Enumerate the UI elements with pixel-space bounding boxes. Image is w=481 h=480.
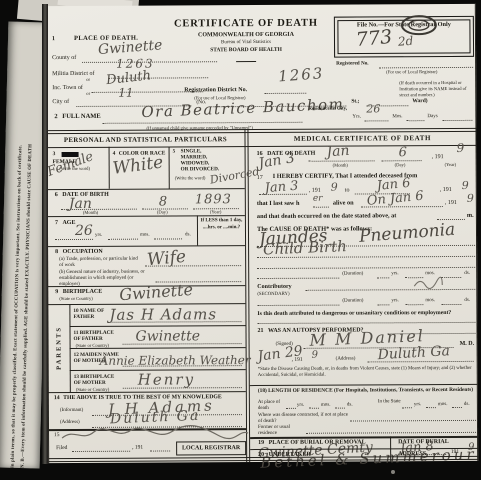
residence-yrs-line (364, 120, 388, 121)
occupation-label: 8 OCCUPATION (55, 249, 103, 256)
row-rule (47, 215, 245, 217)
residence-days-line (442, 120, 472, 121)
duration1-yrs: yrs. (391, 271, 398, 277)
birthplace-value-handwritten: Gwinette (119, 281, 194, 304)
marital-note: (Write the word) (175, 175, 206, 180)
field-number-11: 11 (74, 330, 79, 336)
duration2-yrs-line (377, 304, 389, 305)
file-number-value-handwritten: 773 (355, 27, 393, 51)
duration2-ds: ds. (464, 298, 470, 304)
row-rule (69, 325, 245, 327)
registration-district-line (264, 93, 306, 94)
field-number-9: 9 (55, 289, 58, 295)
md-label: M. D. (460, 341, 475, 348)
duration2-mos: mos. (425, 298, 435, 304)
age-ds-line (154, 238, 182, 239)
sign-year-prefix: , 191 (292, 357, 303, 363)
band-top-rule (46, 128, 476, 134)
residence-contracted-line (350, 420, 476, 422)
filed-year-line (150, 450, 170, 451)
duration1-yrs-line (377, 277, 389, 278)
father-birthplace-note: (State or Country) (76, 343, 109, 348)
res1-ds: ds. (347, 403, 353, 409)
sign-year-handwritten: 9 (312, 350, 318, 361)
header-rule (236, 61, 256, 62)
age-label: 7 AGE (55, 220, 76, 227)
age-subbox-divider (197, 215, 198, 245)
contributory-scribble (412, 276, 444, 290)
dod-month-handwritten: Jan (326, 144, 350, 161)
field-number-5: 5 (173, 149, 176, 155)
cause-line-3 (257, 267, 475, 269)
cause-footnote: *State the Disease Causing Death, or, in… (258, 366, 480, 379)
full-name-label: 2 FULL NAME (54, 113, 100, 120)
cause-line-2 (257, 256, 475, 258)
dod-year-prefix: , 191 (432, 154, 444, 161)
birthplace-note: (State or Country) (59, 296, 92, 301)
certify-her-line (313, 207, 329, 208)
cause-value3-handwritten: Child Birth (263, 238, 347, 258)
contributory-line (305, 289, 475, 291)
mother-birthplace-note: (State or Country) (76, 387, 109, 392)
field-number-4: 4 (113, 151, 116, 157)
mother-birthplace-value-handwritten: Henry (138, 371, 195, 388)
or-label: or (86, 77, 90, 82)
certify-to-label: to (345, 188, 350, 195)
res1-mos: mos. (321, 403, 331, 409)
dob-month-line (61, 209, 137, 210)
residence-at-place-label: At place of death (258, 400, 286, 412)
band-bottom-rule (47, 145, 477, 148)
birthplace-label: 9 BIRTHPLACE (55, 289, 102, 296)
father-birthplace-value-handwritten: Gwinette (136, 329, 201, 345)
age-ds-label: ds. (185, 232, 191, 238)
residence-length-label: (18) LENGTH OF RESIDENCE (For Hospitals,… (258, 387, 481, 395)
dod-month-note: (Month) (333, 163, 348, 168)
medical-section-title: MEDICAL CERTIFICATE OF DEATH (248, 135, 476, 144)
certify-died-label: and that death occurred on the date stat… (257, 213, 397, 221)
registered-no-label: Registered No. (336, 61, 368, 67)
dod-early-handwritten: Jan 3 (258, 151, 296, 172)
age-yrs-line (55, 239, 93, 240)
residence-yrs-label: Yrs. (352, 114, 361, 120)
certify-lastsaw-label: that I last saw h (257, 201, 300, 208)
row-rule (47, 245, 245, 247)
field-number-18: (18) (258, 388, 267, 394)
binding-gutter-shadow (42, 4, 48, 464)
res1-line2 (309, 408, 319, 409)
certify-m-label: m. (467, 213, 474, 220)
father-name-value-handwritten: Jas H Adams (109, 306, 217, 323)
occupation-a-value-handwritten: Wife (146, 248, 187, 270)
res2-line3 (452, 407, 462, 408)
field-number-1: 1 (52, 36, 55, 43)
or-label-2: or (86, 91, 90, 96)
duration2-yrs: yrs. (391, 298, 398, 304)
bureau-subtitle: Bureau of Vital Statistics (161, 40, 331, 46)
certificate-paper: 1 PLACE OF DEATH. County of Gwinette Mil… (46, 4, 478, 463)
sign-address-label: (Address) (336, 357, 356, 363)
certify-her-handwritten: er (313, 195, 323, 205)
certify-alive-label: alive on (333, 201, 354, 208)
filed-date-line (72, 451, 130, 452)
street-st-label: St.; (351, 98, 359, 104)
residence-yrs-value-handwritten: 26 (366, 103, 380, 115)
res2-mos: mos. (438, 402, 448, 408)
age-value-handwritten: 26 (75, 224, 93, 239)
personal-section-title: PERSONAL AND STATISTICAL PARTICULARS (46, 136, 244, 145)
certify-y2-prefix: , 191 (440, 187, 452, 194)
row-rule (250, 384, 478, 386)
residence-former-line (306, 432, 476, 434)
field-number-10: 10 (73, 308, 78, 314)
registrar-signature-scribble (60, 423, 250, 446)
field-number-3: 3 (53, 151, 56, 157)
res1-line3 (335, 408, 345, 409)
residence-mos-line (406, 120, 424, 121)
certify-y2-handwritten: 9 (462, 180, 469, 192)
field-number-12: 12 (74, 352, 79, 358)
residence-in-state-label: In the State (378, 399, 402, 405)
registration-district-label: Registration District No. (184, 87, 247, 94)
local-registrar-label: LOCAL REGISTRAR (176, 445, 246, 452)
res1-yrs: yrs. (297, 403, 304, 409)
age-yrs-label: yrs. (95, 233, 102, 239)
commonwealth-subtitle: COMMONWEALTH OF GEORGIA (161, 32, 331, 39)
registered-no-note: (For use of Local Registrar) (386, 69, 437, 74)
dob-year-handwritten: 1893 (195, 193, 232, 207)
inc-town-label: Inc. Town of (52, 85, 83, 92)
duration2-ds-line (441, 304, 461, 305)
field-number-6: 6 (55, 192, 58, 198)
occupation-a-label: (a) Trade, profession, or particular kin… (59, 257, 143, 269)
county-label: County of (52, 55, 76, 62)
dod-month-line (309, 160, 375, 161)
residence-in-city-label: Residence In City, (308, 107, 348, 113)
res2-ds: ds. (464, 402, 470, 408)
contributory-label: Contributory (257, 284, 291, 291)
city-value-handwritten: 11 (118, 87, 133, 100)
unsanitary-answer-line (257, 322, 475, 324)
duration2-label: (Duration) (342, 298, 363, 304)
residence-days-label: Days (427, 114, 437, 120)
field-number-21: 21 (257, 328, 263, 334)
res1-line (286, 408, 296, 409)
duration1-lead-line (257, 278, 339, 279)
dod-day-handwritten: 6 (399, 146, 407, 160)
dod-year-note: (Year) (445, 162, 457, 167)
city-label: City of (52, 99, 69, 106)
duration2-mos-line (405, 304, 423, 305)
mother-birthplace-label: 13 BIRTHPLACE OF MOTHER (74, 374, 120, 387)
certify-y3-prefix: , 191 (445, 200, 457, 207)
dob-day-note: (Day) (157, 209, 168, 214)
age-mos-line (108, 239, 138, 240)
cell-divider (109, 147, 110, 189)
field-number-13: 13 (74, 374, 79, 380)
board-subtitle: STATE BOARD OF HEALTH (161, 47, 331, 54)
duration1-label: (Duration) (342, 271, 363, 277)
res2-line2 (426, 407, 436, 408)
cell-divider (169, 146, 170, 188)
row-rule (47, 188, 245, 190)
certify-y3-handwritten: 9 (467, 193, 474, 205)
dob-month-note: (Month) (83, 210, 98, 215)
duration1-ds: ds. (464, 271, 470, 277)
parents-vertical-label: PARENTS (51, 304, 67, 392)
res2-line (402, 407, 412, 408)
hospital-note: (If death occurred in a Hospital or Inst… (399, 80, 475, 98)
field-number-8: 8 (55, 249, 58, 255)
residence-former-label: Former or usual residence (258, 425, 304, 437)
mother-maiden-value-handwritten: Annie Elizabeth Weather (100, 354, 251, 368)
scan-speck (391, 470, 395, 474)
full-name-line (102, 122, 302, 124)
dod-day-line (382, 160, 422, 161)
father-birthplace-label: 11 BIRTHPLACE OF FATHER (74, 330, 120, 343)
father-name-label: 10 NAME OF FATHER (73, 308, 113, 321)
unsanitary-question-label: Is this death attributed to dangerous or… (257, 310, 451, 317)
residence-contracted-label: Where was disease contracted, if not at … (258, 413, 348, 425)
county-value-handwritten: Gwinette (98, 38, 163, 58)
field-number-7: 7 (55, 220, 58, 226)
res2-yrs: yrs. (414, 402, 421, 408)
registrar-stamp-scribble (398, 13, 440, 37)
contributory-secondary-label: (SECONDARY) (257, 292, 289, 297)
death-certificate-scan: in plain terms, so that it may be proper… (0, 0, 481, 480)
field-number-14: 14 (54, 395, 60, 401)
age-mos-label: mos. (140, 233, 150, 239)
field-number-15: 15 (54, 432, 60, 438)
duration2-lead-line (257, 305, 339, 306)
race-value-handwritten: White (112, 153, 165, 178)
registration-district-value-handwritten: 1263 (278, 65, 325, 85)
field-number-17: 17 (257, 175, 263, 182)
ward-label: Ward) (412, 98, 427, 104)
cause-value2-handwritten: Pneumonia (358, 221, 455, 247)
certificate-title: CERTIFICATE OF DEATH (161, 18, 331, 30)
field-number-2: 2 (54, 113, 57, 120)
dob-year-note: (Year) (210, 209, 222, 214)
certify-y1-handwritten: 9 (331, 182, 338, 194)
dod-year-handwritten: 9 (457, 142, 465, 155)
residence-mos-label: Mos. (392, 114, 402, 120)
age-less-than-day-note: If LESS than 1 day, ....hrs. or ....min.… (200, 218, 243, 231)
certify-from-line (259, 194, 307, 195)
dod-day-note: (Day) (395, 162, 406, 167)
informant-label: (Informant) (60, 408, 83, 414)
